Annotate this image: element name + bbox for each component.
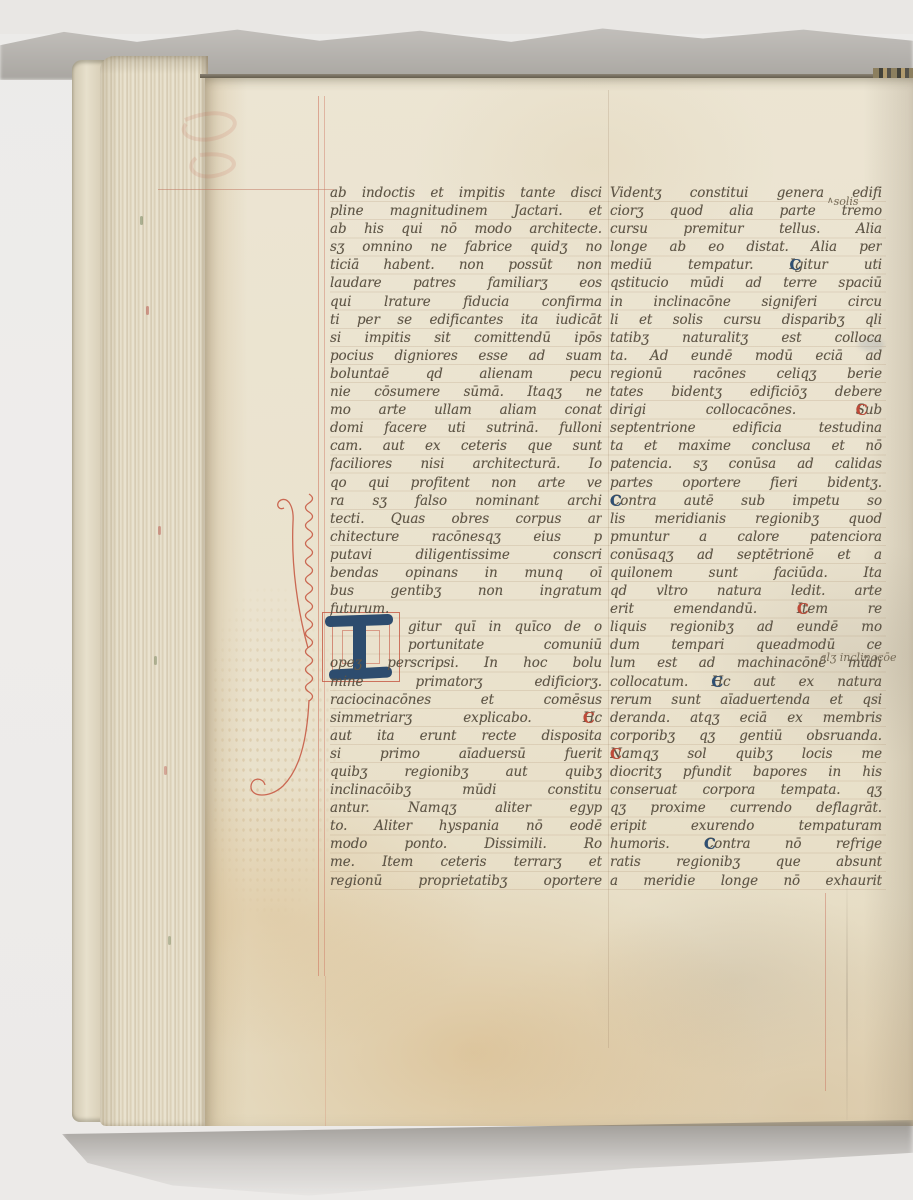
vertical-ruling-brown [608,90,609,1048]
vertical-ruling-red [324,96,325,976]
text-line: boluntaē qd alienam pecu [330,365,602,383]
text-line: inclinacōibʒ mūdi constitu [330,781,602,799]
text-line: si primo aīaduersū fuerit [330,745,602,763]
text-line: simmetriarʒ explicabo. C Hc [330,709,602,727]
text-line: modo ponto. Dissimili. Ro [330,835,602,853]
vertical-ruling-red [325,976,326,1126]
text-line: bendas opinans in munq oī [330,564,602,582]
text-line: longe ab eo distat. Alia per [610,238,882,256]
text-line: futurum. [330,600,602,618]
vertical-ruling-red-lower [825,893,826,1091]
text-line: portunitate comuniū [330,636,602,654]
text-line: conseruat corpora tempata. qʒ [610,781,882,799]
page-edges-stack [100,56,208,1126]
text-column-left: ab indoctis et impitis tante discipline … [330,184,602,890]
text-line: in inclinacōne signiferi circu [610,293,882,311]
text-line: gitur quī in quīco de o [330,618,602,636]
text-line: quibʒ regionibʒ aut quibʒ [330,763,602,781]
text-line: sʒ omnino ne fabrice quidʒ no [330,238,602,256]
text-line: C Namqʒ sol quibʒ locis me [610,745,882,763]
paragraph-mark-red: C [583,709,595,727]
text-line: dirigi collocacōnes. C Sub [610,401,882,419]
text-line: qd vltro natura ledit. arte [610,582,882,600]
text-line: a meridie longe nō exhaurit [610,872,882,890]
text-line: faciliores nisi architecturā. Io [330,455,602,473]
text-line: qo qui profitent non arte ve [330,474,602,492]
text-line: regionū proprietatibʒ oportere [330,872,602,890]
text-line: me. Item ceteris terrarʒ et [330,853,602,871]
marginal-note-inclination: alʒ inclinacōe [820,651,897,664]
parchment-crease [846,888,848,1120]
backdrop-top [0,0,913,34]
text-line: pmuntur a calore patenciora [610,528,882,546]
text-line: qʒ proxime currendo deflagrāt. [610,799,882,817]
text-line: ti per se edificantes ita iudicāt [330,311,602,329]
text-line: regionū racōnes celiqʒ berie [610,365,882,383]
text-line: to. Aliter hyspania nō eodē [330,817,602,835]
text-line: pline magnitudinem Jactari. et [330,202,602,220]
text-line: tecti. Quas obres corpus ar [330,510,602,528]
page-edge-fleck [154,656,157,665]
text-line: laudare patres familiarʒ eos [330,274,602,292]
text-line: rerum sunt aīaduertenda et qsi [610,691,882,709]
page-edge-fleck [168,936,171,945]
text-line: mine primatorʒ edificiorʒ. [330,673,602,691]
top-ruling-line [158,189,334,190]
text-line: humoris. C Contra nō refrige [610,835,882,853]
text-line: eripit exurendo tempaturam [610,817,882,835]
text-line: li et solis cursu disparibʒ qli [610,311,882,329]
page-edge-fleck [146,306,149,315]
text-line: patencia. sʒ conūsa ad calidas [610,455,882,473]
marginal-note-text: solis [834,195,859,208]
text-line: erit emendandū. C Item re [610,600,882,618]
text-line: raciocinacōnes et comēsus [330,691,602,709]
text-line: deranda. atqʒ eciā ex membris [610,709,882,727]
text-line: ab his qui nō modo architecte. [330,220,602,238]
page-edge-fleck [164,766,167,775]
paragraph-mark-red: C [856,401,868,419]
book-cast-shadow [62,1120,913,1198]
text-line: aut ita erunt recte disposita [330,727,602,745]
paragraph-mark-red: C [797,600,809,618]
text-line: putavi diligentissime conscri [330,546,602,564]
text-column-right: Videntʒ constitui genera edificiorʒ quod… [610,184,882,890]
text-line: mediū tempatur. C Igitur uti [610,256,882,274]
text-line: bus gentibʒ non ingratum [330,582,602,600]
text-line: septentrione edificia testudina [610,419,882,437]
text-line: collocatum. C Hc aut ex natura [610,673,882,691]
text-line: lis meridianis regionibʒ quod [610,510,882,528]
insertion-caret: ∧ [827,196,834,206]
text-line: chitecture racōnesqʒ eius p [330,528,602,546]
text-line: cursu premitur tellus. Alia [610,220,882,238]
text-line: ratis regionibʒ que absunt [610,853,882,871]
text-line: nie cōsumere sūmā. Itaqʒ ne [330,383,602,401]
paragraph-mark-blue: C [711,673,723,691]
text-line: ta et maxime conclusa et nō [610,437,882,455]
text-line: tates bidentʒ edificiōʒ debere [610,383,882,401]
page-edge-fleck [140,216,143,225]
vertical-ruling-red [318,96,319,976]
text-line: qstitucio mūdi ad terre spaciū [610,274,882,292]
manuscript-photo: ab indoctis et impitis tante discipline … [0,0,913,1200]
text-line: qui lrature fiducia confirma [330,293,602,311]
text-line: si impitis sit comittendū ipōs [330,329,602,347]
paragraph-mark-blue: C [610,492,622,510]
marginal-note-solis: ∧solis [827,195,834,211]
text-line: pocius digniores esse ad suam [330,347,602,365]
text-line: cam. aut ex ceteris que sunt [330,437,602,455]
text-line: tatibʒ naturalitʒ est colloca [610,329,882,347]
text-line: corporibʒ qʒ gentiū obsruanda. [610,727,882,745]
paragraph-mark-blue: C [704,835,716,853]
text-line: conūsaqʒ ad septētrionē et a [610,546,882,564]
text-line: quilonem sunt faciūda. Ita [610,564,882,582]
text-line: ta. Ad eundē modū eciā ad [610,347,882,365]
paragraph-mark-blue: C [790,256,802,274]
text-line: ra sʒ falso nominant archi [330,492,602,510]
text-line: C Contra autē sub impetu so [610,492,882,510]
text-line: opeʒ perscripsi. In hoc bolu [330,654,602,672]
text-line: domi facere uti sutrinā. fulloni [330,419,602,437]
text-line: ticiā habent. non possūt non [330,256,602,274]
text-line: liquis regionibʒ ad eundē mo [610,618,882,636]
page-edge-fleck [158,526,161,535]
text-line: mo arte ullam aliam conat [330,401,602,419]
text-line: diocritʒ pfundit bapores in his [610,763,882,781]
text-line: ab indoctis et impitis tante disci [330,184,602,202]
paragraph-mark-red: C [610,745,622,763]
text-line: partes oportere fieri bidentʒ. [610,474,882,492]
text-line: antur. Namqʒ aliter egyp [330,799,602,817]
